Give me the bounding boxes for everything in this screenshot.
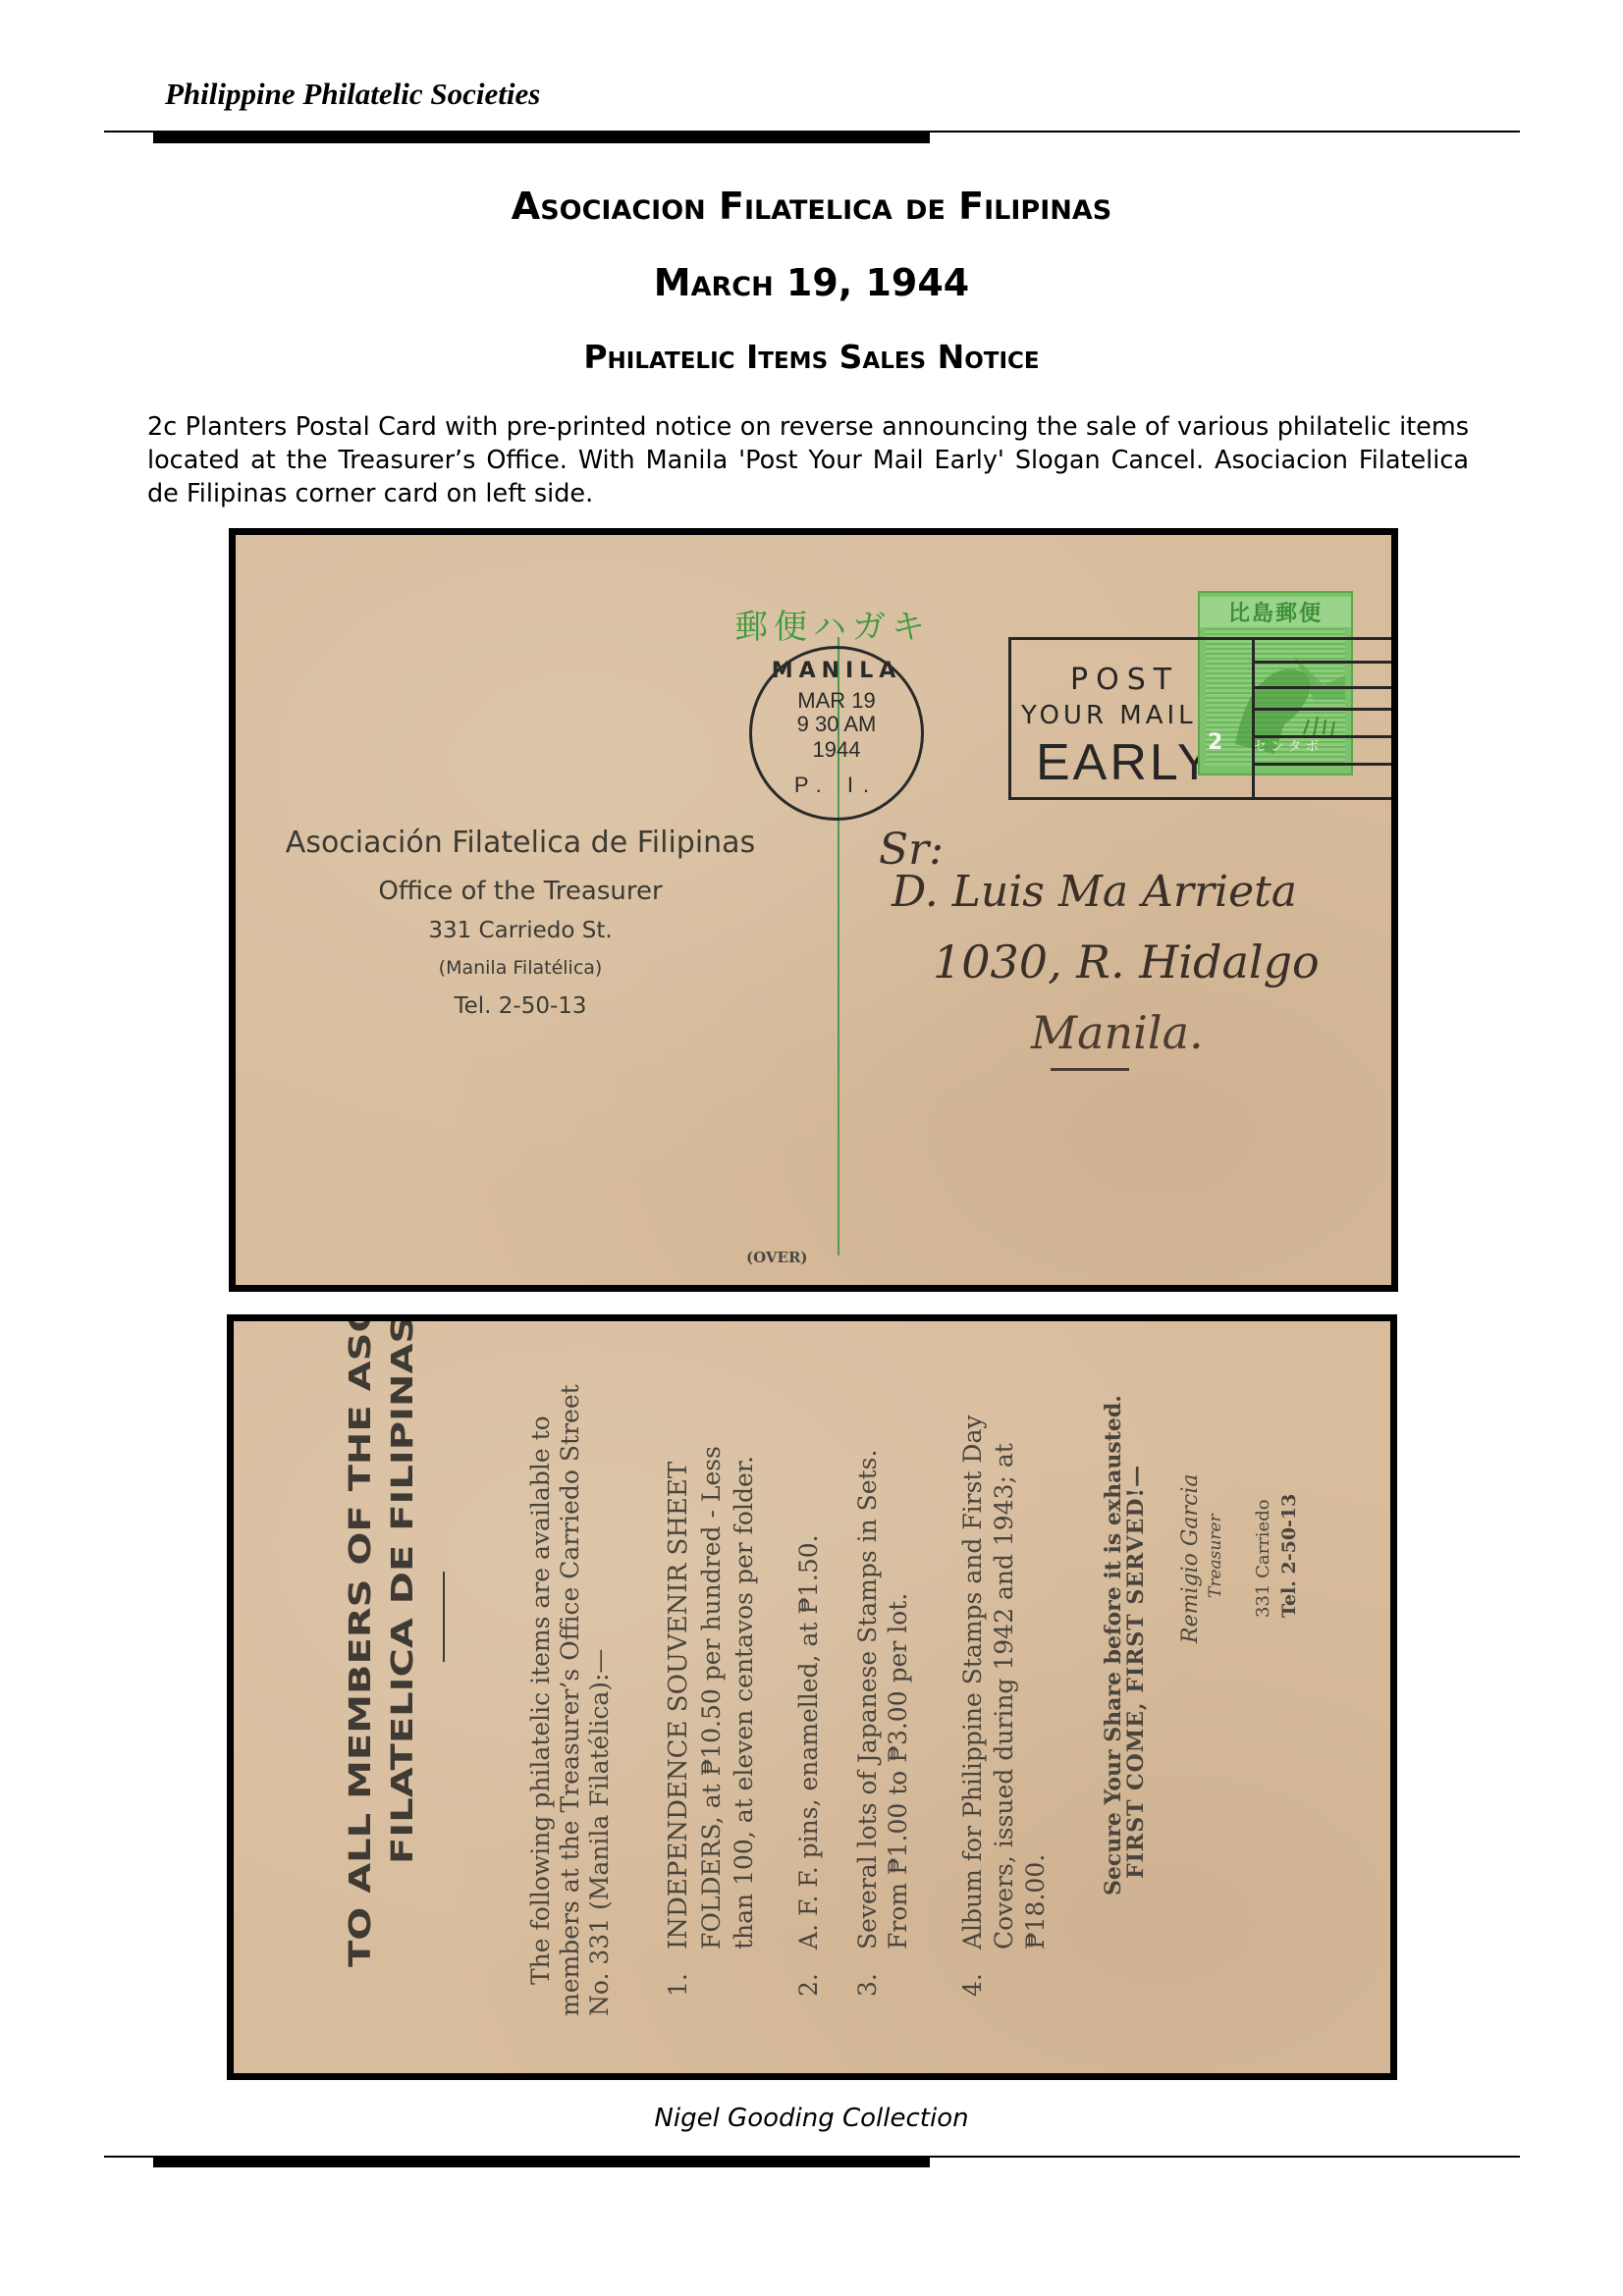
slogan-line-1: POST [1070,663,1179,697]
postmark-region: P. I. [752,774,921,796]
description: 2c Planters Postal Card with pre-printed… [147,410,1469,510]
running-header: Philippine Philatelic Societies [165,77,540,112]
postmark-time: 9 30 AM [752,714,921,735]
signature-address: 331 Carriedo [1253,1499,1273,1618]
japanese-heading: 郵便ハガキ [734,600,931,648]
item-1-line-1: INDEPENDENCE SOUVENIR SHEET [664,1462,693,1949]
postmark-year: 1944 [752,739,921,761]
corner-card-office: Office of the Treasurer [275,877,766,906]
item-number-1: 1. [664,1973,692,1997]
page-date: March 19, 1944 [0,261,1623,304]
stamp-top-text: 比島郵便 [1200,597,1351,627]
cancel-bar [1252,735,1398,738]
corner-card-org: Asociación Filatelica de Filipinas [275,826,766,860]
cancel-bar [1252,763,1398,766]
intro-line-2: members at the Treasurer’s Office Carrie… [556,1384,584,2016]
notice-heading-1: TO ALL MEMBERS OF THE ASOCIACION [344,1314,378,1967]
item-1-line-2: FOLDERS, at ₱10.50 per hundred - Less [697,1446,726,1949]
notice-heading-2: FILATELICA DE FILIPINAS [386,1315,420,1864]
cancel-bar [1252,708,1398,711]
postal-card-back: TO ALL MEMBERS OF THE ASOCIACION FILATEL… [227,1314,1397,2080]
address-street: 1030, R. Hidalgo [933,935,1320,988]
footer-bar [153,2157,930,2167]
header-bar [153,133,930,143]
intro-line-3: No. 331 (Manila Filatélica):— [585,1649,614,2016]
item-3-line-2: From ₱1.00 to ₱3.00 per lot. [884,1593,912,1949]
item-number-4: 4. [958,1973,987,1997]
stamp-currency: センタボ [1253,736,1323,756]
slogan-line-3: EARLY [1036,733,1215,792]
signature-tel: Tel. 2-50-13 [1278,1494,1300,1618]
postal-card-front: 郵便ハガキ POST YOUR MAIL EARLY 比島郵便 2 センタボ M… [229,528,1398,1292]
planters-stamp: 比島郵便 2 センタボ [1198,591,1353,775]
cancel-bar [1252,661,1398,664]
address-name: D. Luis Ma Arrieta [892,867,1297,917]
postmark-city: MANILA [752,659,921,683]
cancel-bar [1008,637,1398,640]
over-label: (OVER) [746,1249,808,1266]
signature-name: Remigio Garcia [1178,1473,1203,1643]
cancel-bar [1008,797,1398,800]
heading-underline [443,1572,445,1662]
item-number-3: 3. [853,1973,882,1997]
collection-caption: Nigel Gooding Collection [0,2104,1623,2133]
corner-card-tel: Tel. 2-50-13 [275,993,766,1019]
page-title: Asociacion Filatelica de Filipinas [0,185,1623,228]
stamp-value: 2 [1208,730,1222,755]
item-3-line-1: Several lots of Japanese Stamps in Sets. [853,1450,882,1949]
postmark-date: MAR 19 [752,690,921,712]
slogan-line-2: YOUR MAIL [1021,701,1197,730]
item-4-line-2: Covers, issued during 1942 and 1943; at [990,1443,1018,1949]
item-4-line-3: ₱18.00. [1021,1854,1050,1949]
item-number-2: 2. [794,1973,823,1997]
closing-line-2: FIRST COME, FIRST SERVED!— [1123,1465,1149,1879]
item-2-line-1: A. F. F. pins, enamelled, at ₱1.50. [794,1534,823,1949]
intro-line-1: The following philatelic items are avail… [526,1415,555,1985]
item-4-line-1: Album for Philippine Stamps and First Da… [958,1415,987,1949]
page-subtitle: Philatelic Items Sales Notice [0,338,1623,376]
signature-title: Treasurer [1206,1514,1225,1598]
item-1-line-3: than 100, at eleven centavos per folder. [730,1456,758,1949]
corner-card-street: 331 Carriedo St. [275,918,766,943]
cancel-bar [1252,686,1398,689]
manila-postmark: MANILA MAR 19 9 30 AM 1944 P. I. [749,646,924,821]
address-underline [1051,1068,1129,1071]
address-city: Manila. [1031,1006,1204,1059]
corner-card-alias: (Manila Filatélica) [275,957,766,979]
